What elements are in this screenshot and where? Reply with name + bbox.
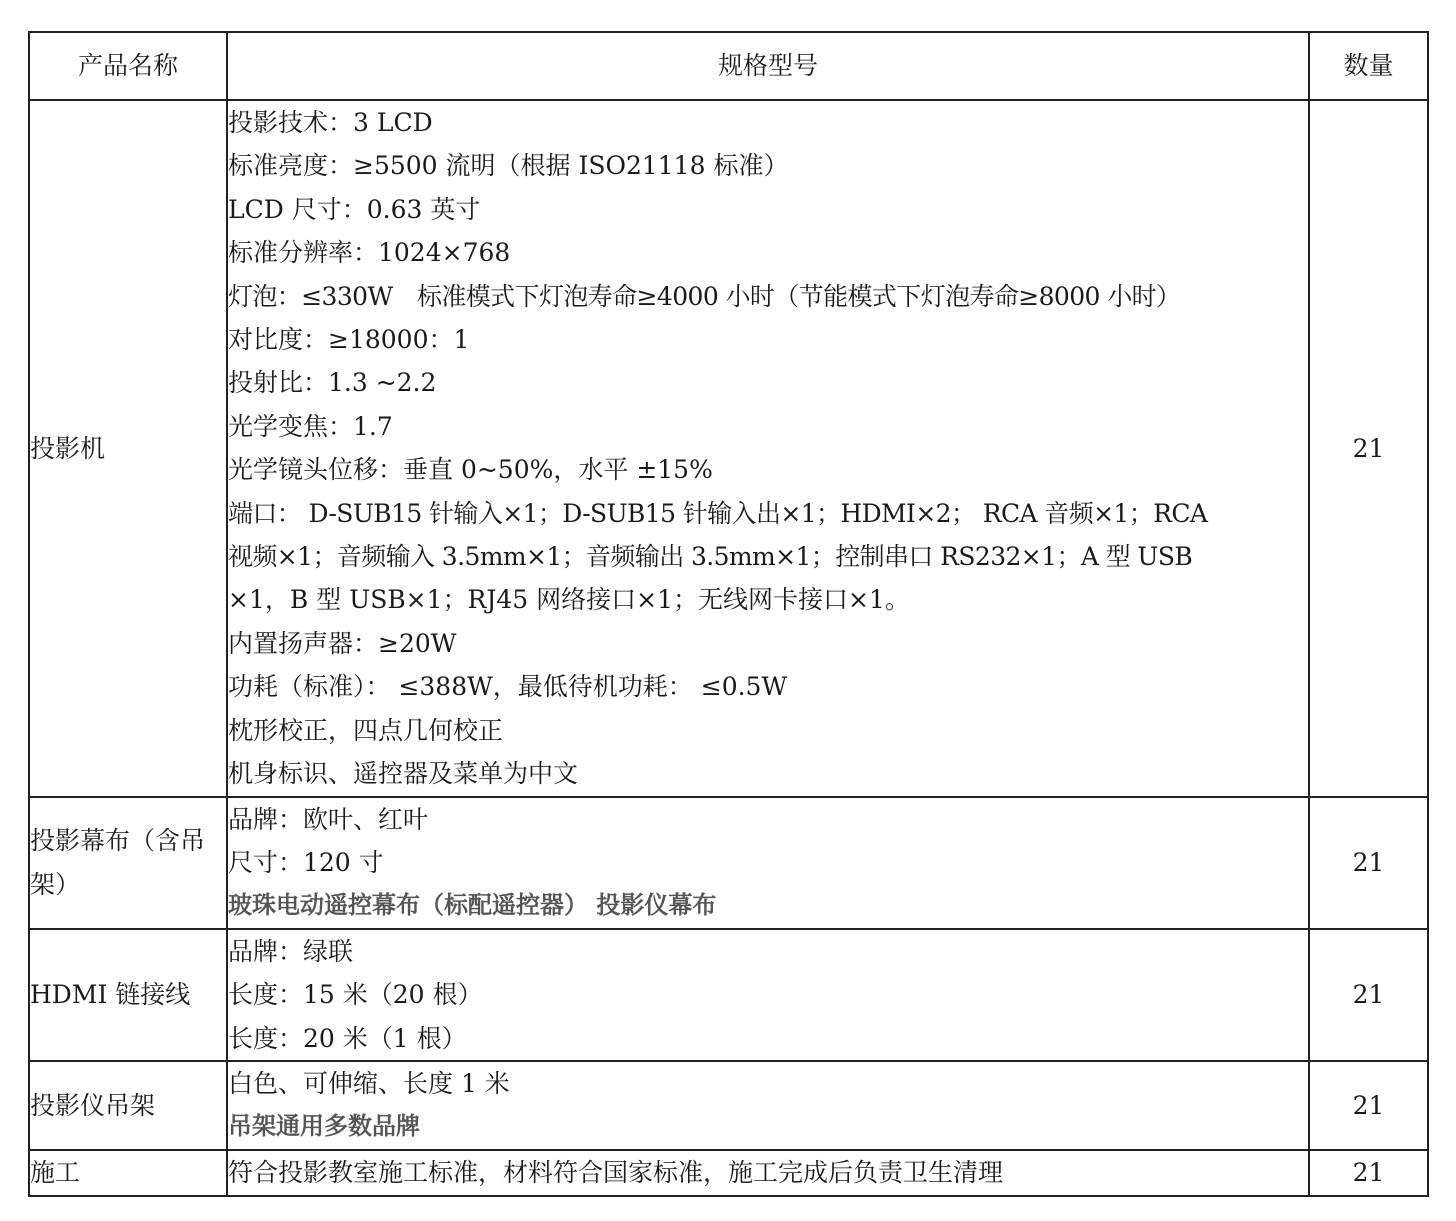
spec-line: LCD 尺寸：0.63 英寸 (228, 188, 1308, 231)
spec-line: 视频×1；音频输入 3.5mm×1；音频输出 3.5mm×1；控制串口 RS23… (228, 535, 1308, 578)
spec-line: 标准亮度：≥5500 流明（根据 ISO21118 标准） (228, 144, 1308, 187)
spec-line: 机身标识、遥控器及菜单为中文 (228, 752, 1308, 795)
spec-line: 白色、可伸缩、长度 1 米 (228, 1062, 1308, 1105)
spec-cell: 投影技术：3 LCD 标准亮度：≥5500 流明（根据 ISO21118 标准）… (227, 100, 1309, 797)
spec-line: 标准分辨率：1024×768 (228, 231, 1308, 274)
spec-line: 尺寸：120 寸 (228, 841, 1308, 884)
table-row-projection-screen: 投影幕布（含吊架） 品牌：欧叶、红叶 尺寸：120 寸 玻珠电动遥控幕布（标配遥… (29, 797, 1428, 929)
product-spec-table: 产品名称 规格型号 数量 投影机 投影技术：3 LCD 标准亮度：≥5500 流… (28, 31, 1429, 1197)
spec-line-emphasis: 吊架通用多数品牌 (228, 1105, 1308, 1148)
quantity: 21 (1309, 1061, 1428, 1150)
spec-line: 端口： D-SUB15 针输入×1；D-SUB15 针输入出×1；HDMI×2；… (228, 492, 1308, 535)
product-name: 投影幕布（含吊架） (29, 797, 227, 929)
spec-cell: 符合投影教室施工标准，材料符合国家标准，施工完成后负责卫生清理 (227, 1150, 1309, 1196)
quantity: 21 (1309, 100, 1428, 797)
spec-cell: 白色、可伸缩、长度 1 米 吊架通用多数品牌 (227, 1061, 1309, 1150)
spec-line: 品牌：欧叶、红叶 (228, 798, 1308, 841)
table-row-projector-mount: 投影仪吊架 白色、可伸缩、长度 1 米 吊架通用多数品牌 21 (29, 1061, 1428, 1150)
spec-cell: 品牌：绿联 长度：15 米（20 根） 长度：20 米（1 根） (227, 929, 1309, 1061)
quantity: 21 (1309, 929, 1428, 1061)
spec-line: ×1，B 型 USB×1；RJ45 网络接口×1；无线网卡接口×1。 (228, 578, 1308, 621)
spec-line: 长度：20 米（1 根） (228, 1017, 1308, 1060)
table-row-hdmi-cable: HDMI 链接线 品牌：绿联 长度：15 米（20 根） 长度：20 米（1 根… (29, 929, 1428, 1061)
quantity: 21 (1309, 1150, 1428, 1196)
quantity: 21 (1309, 797, 1428, 929)
spec-line: 投影技术：3 LCD (228, 101, 1308, 144)
table-row-projector: 投影机 投影技术：3 LCD 标准亮度：≥5500 流明（根据 ISO21118… (29, 100, 1428, 797)
spec-line: 内置扬声器：≥20W (228, 622, 1308, 665)
table-row-construction: 施工 符合投影教室施工标准，材料符合国家标准，施工完成后负责卫生清理 21 (29, 1150, 1428, 1196)
product-name: 投影仪吊架 (29, 1061, 227, 1150)
spec-line: 符合投影教室施工标准，材料符合国家标准，施工完成后负责卫生清理 (228, 1151, 1308, 1194)
spec-line: 功耗（标准）： ≤388W，最低待机功耗： ≤0.5W (228, 665, 1308, 708)
product-name: 施工 (29, 1150, 227, 1196)
spec-line: 光学镜头位移：垂直 0~50%，水平 ±15% (228, 448, 1308, 491)
spec-line: 长度：15 米（20 根） (228, 973, 1308, 1016)
spec-cell: 品牌：欧叶、红叶 尺寸：120 寸 玻珠电动遥控幕布（标配遥控器） 投影仪幕布 (227, 797, 1309, 929)
product-name: HDMI 链接线 (29, 929, 227, 1061)
spec-line: 灯泡：≤330W 标准模式下灯泡寿命≥4000 小时（节能模式下灯泡寿命≥800… (228, 275, 1308, 318)
spec-line: 品牌：绿联 (228, 930, 1308, 973)
spec-line: 投射比：1.3 ~2.2 (228, 361, 1308, 404)
spec-line-emphasis: 玻珠电动遥控幕布（标配遥控器） 投影仪幕布 (228, 884, 1308, 927)
spec-line: 光学变焦：1.7 (228, 405, 1308, 448)
header-spec: 规格型号 (227, 32, 1309, 100)
product-name: 投影机 (29, 100, 227, 797)
header-product-name: 产品名称 (29, 32, 227, 100)
spec-line: 枕形校正，四点几何校正 (228, 709, 1308, 752)
header-row: 产品名称 规格型号 数量 (29, 32, 1428, 100)
spec-line: 对比度：≥18000：1 (228, 318, 1308, 361)
header-quantity: 数量 (1309, 32, 1428, 100)
